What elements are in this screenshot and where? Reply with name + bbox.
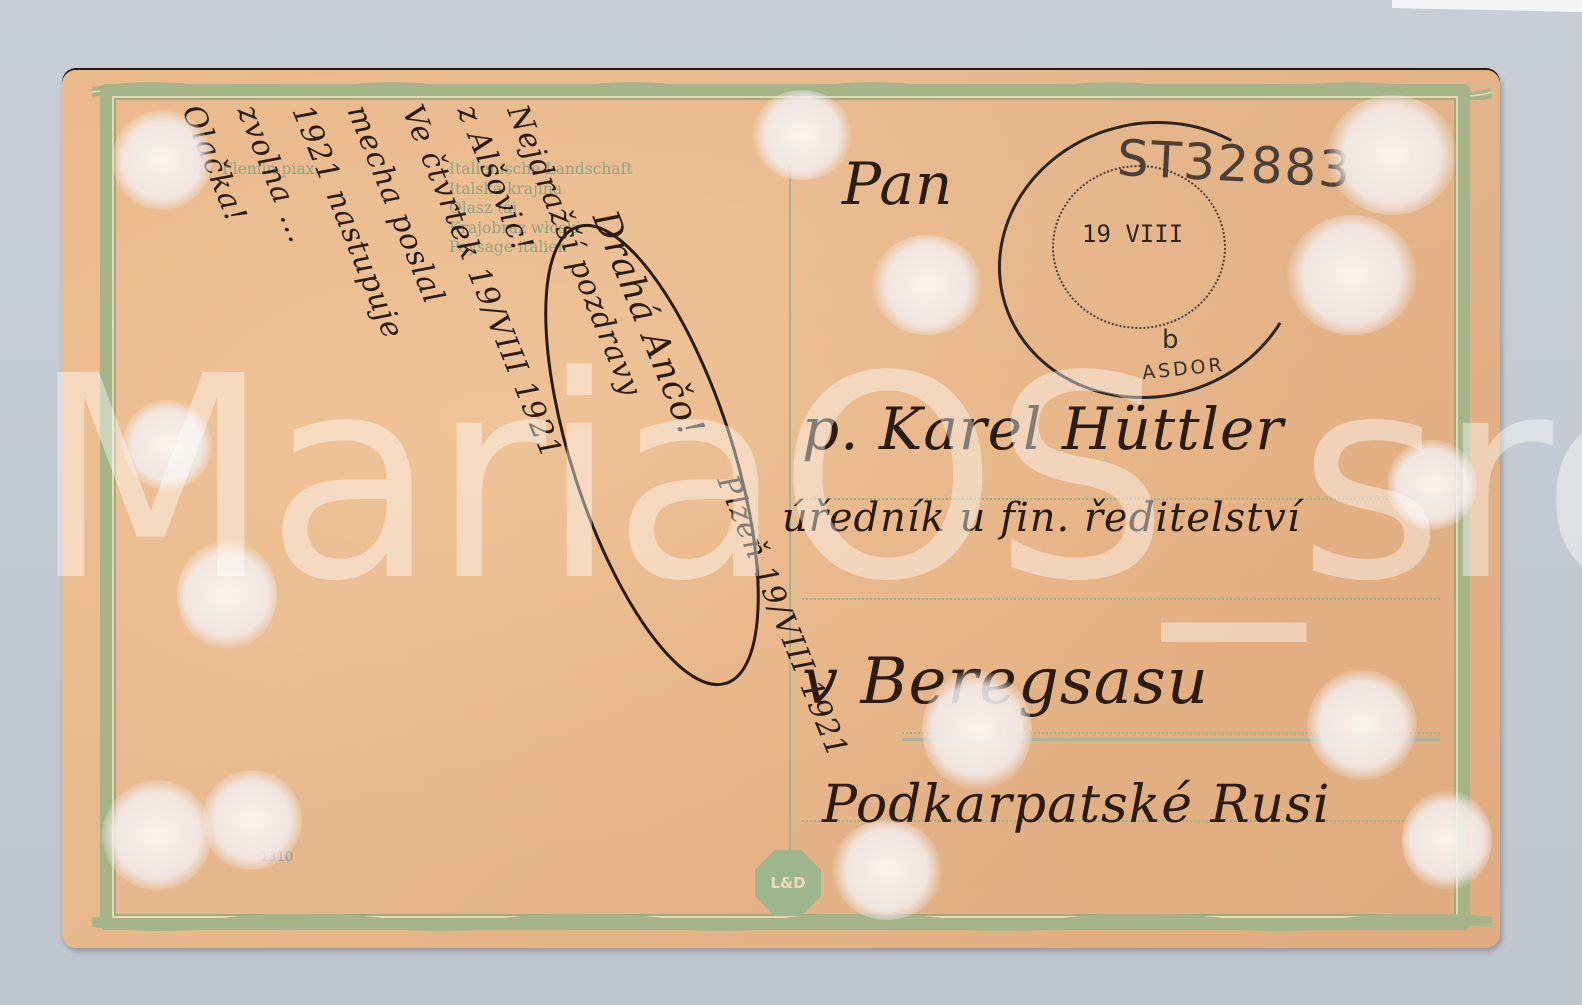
paper-spot xyxy=(1307,670,1417,780)
address-line xyxy=(802,598,1440,600)
paper-spot xyxy=(922,670,1032,790)
paper-spot xyxy=(112,110,212,210)
paper-spot xyxy=(832,820,942,920)
address-title: úředník u fin. ředitelství xyxy=(782,495,1301,541)
postmark-date: 19 VIII xyxy=(1082,220,1183,248)
paper-spot xyxy=(202,770,302,870)
paper-spot xyxy=(122,400,212,490)
logo-text: L&D xyxy=(770,874,805,892)
postmark-letter: b xyxy=(1162,325,1179,355)
paper-spot xyxy=(1402,790,1492,890)
paper-spot xyxy=(1287,215,1417,335)
publisher-logo: L&D xyxy=(755,850,821,916)
address-name: p. Karel Hüttler xyxy=(802,395,1284,463)
paper-spot xyxy=(752,90,852,180)
catalog-number: ST32883 xyxy=(1116,129,1354,199)
address-salutation: Pan xyxy=(842,150,953,218)
postcard: Flemin piax. Italienische Landschaft Ita… xyxy=(62,70,1500,948)
paper-spot xyxy=(102,780,212,890)
paper-spot xyxy=(1327,95,1457,215)
paper-spot xyxy=(177,540,277,650)
scanner-edge xyxy=(1392,0,1582,12)
ink-oval xyxy=(542,200,782,720)
paper-spot xyxy=(1387,440,1477,530)
paper-spot xyxy=(872,235,982,335)
decorative-wave-bottom xyxy=(92,914,1492,932)
